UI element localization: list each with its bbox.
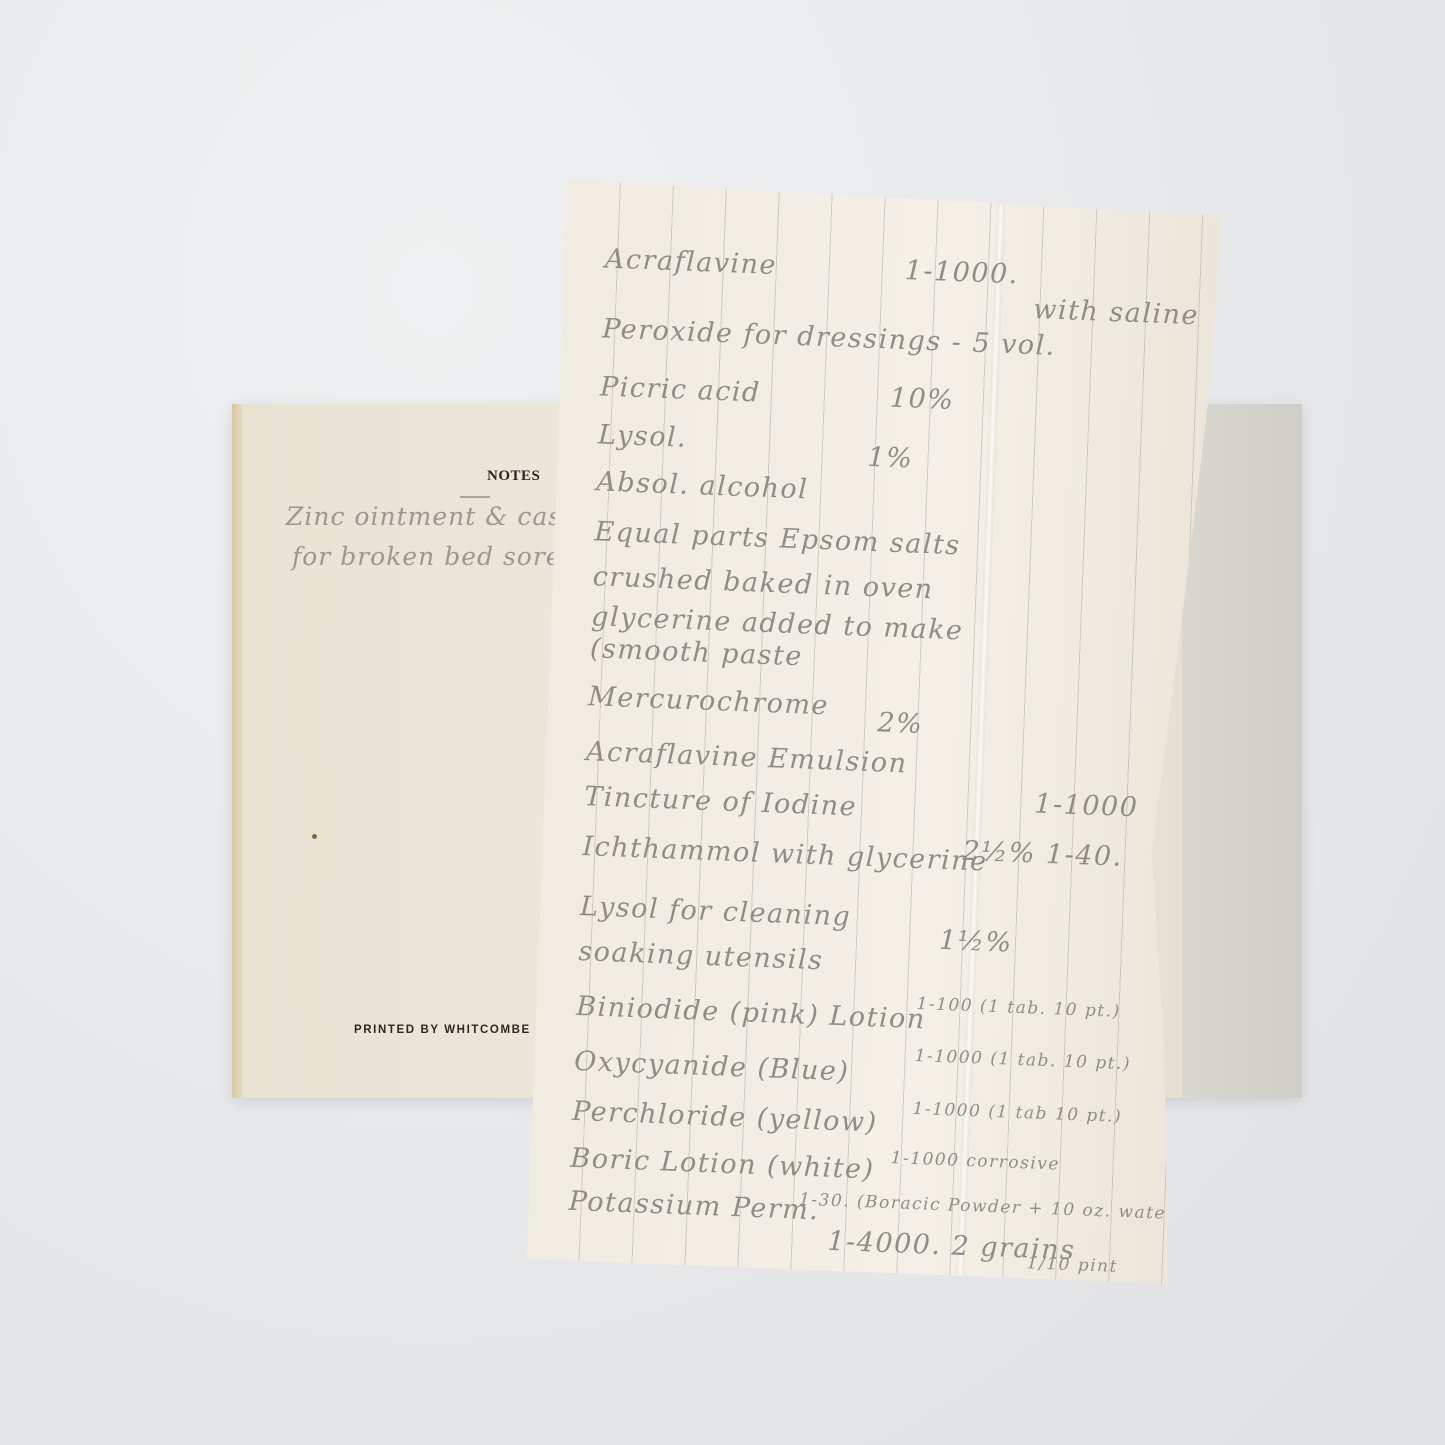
notebook-spine (232, 404, 242, 1098)
note-value: 1-30. (Boracic Powder + 10 oz. water) (799, 1190, 1185, 1225)
note-value: 1-1000 (1 tab. 10 pt.) (914, 1046, 1131, 1074)
note-value: 1-1000. (904, 255, 1019, 290)
note-line: Picric acid (599, 371, 761, 408)
notebook-handwriting-line: for broken bed sore (292, 542, 562, 571)
note-line: Potassium Perm. (568, 1186, 820, 1227)
note-line: crushed baked in oven (592, 561, 934, 605)
note-line: Mercurochrome (588, 681, 830, 721)
note-line: Lysol for cleaning (580, 891, 852, 932)
note-value: 1½% (938, 925, 1013, 959)
note-line: Boric Lotion (white) (570, 1143, 875, 1186)
note-line: Ichthammol with glycerine (582, 831, 988, 878)
notebook-page-edge (1182, 404, 1302, 1098)
note-value: 1-100 (1 tab. 10 pt.) (916, 994, 1121, 1022)
note-value: 10% (889, 383, 955, 416)
note-line: Oxycyanide (Blue) (574, 1046, 850, 1088)
paper-stain (312, 834, 317, 839)
handwritten-note: Acraflavine 1-1000. with saline Peroxide… (527, 180, 1223, 1284)
note-value: 1% (867, 442, 914, 475)
heading-rule (460, 496, 490, 498)
note-value: 1-1000 (1 tab 10 pt.) (912, 1099, 1122, 1127)
note-line: soaking utensils (578, 936, 824, 976)
note-line: Lysol. (598, 419, 688, 453)
note-line: Perchloride (yellow) (572, 1096, 879, 1139)
note-value: 2% (877, 707, 924, 740)
photo-scene: NOTES Zinc ointment & castor for broken … (0, 0, 1445, 1445)
note-line: Acraflavine (604, 243, 777, 281)
note-line: Absol. alcohol (596, 466, 809, 505)
notebook-heading: NOTES (487, 468, 540, 485)
note-value: 1/10 pint (1026, 1253, 1118, 1276)
note-line: Peroxide for dressings - 5 vol. (602, 313, 1057, 361)
note-line: Biniodide (pink) Lotion (576, 991, 927, 1035)
note-value: 1-1000 corrosive (890, 1148, 1060, 1174)
note-line: Equal parts Epsom salts (594, 516, 961, 561)
note-line: Acraflavine Emulsion (585, 736, 908, 779)
note-line: Tincture of Iodine (584, 781, 858, 822)
note-value: with saline (1033, 294, 1200, 331)
note-value: 1-1000 (1034, 788, 1139, 823)
